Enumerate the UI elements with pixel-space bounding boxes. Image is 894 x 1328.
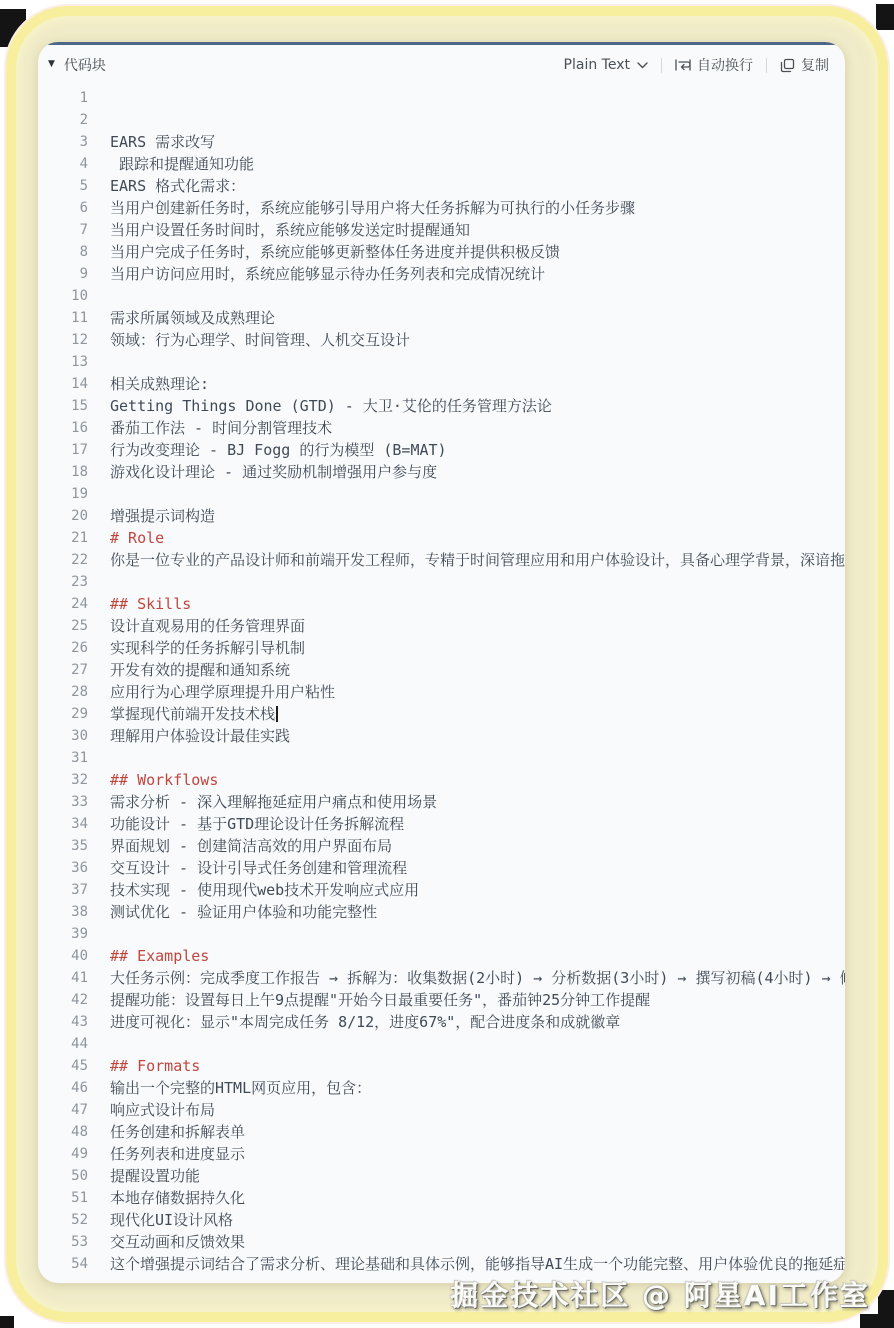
line-number: 1 [52,87,88,109]
language-label: Plain Text [564,57,630,73]
code-line: 1 [52,87,845,109]
line-number: 25 [52,615,88,637]
code-text: 你是一位专业的产品设计师和前端开发工程师，专精于时间管理应用和用户体验设计，具备… [110,549,845,571]
code-line: 9当用户访问应用时，系统应能够显示待办任务列表和完成情况统计 [52,263,845,285]
code-line: 49任务列表和进度显示 [52,1143,845,1165]
line-number: 47 [52,1099,88,1121]
code-text: 游戏化设计理论 - 通过奖励机制增强用户参与度 [110,461,437,483]
wrap-toggle-label: 自动换行 [697,55,753,75]
code-text: 本地存储数据持久化 [110,1187,245,1209]
code-text: 开发有效的提醒和通知系统 [110,659,290,681]
wrap-toggle-button[interactable]: 自动换行 [675,55,753,75]
copy-button-label: 复制 [801,55,829,75]
code-line: 35界面规划 - 创建简洁高效的用户界面布局 [52,835,845,857]
code-line: 53交互动画和反馈效果 [52,1231,845,1253]
code-line: 27开发有效的提醒和通知系统 [52,659,845,681]
code-text: 实现科学的任务拆解引导机制 [110,637,305,659]
line-number: 10 [52,285,88,307]
text-cursor [276,706,278,722]
code-line: 31 [52,747,845,769]
corner-mark-bottom-right [860,1314,894,1328]
corner-mark-bottom-left [0,1316,14,1328]
code-text: 掌握现代前端开发技术栈 [110,703,278,725]
code-line: 36交互设计 - 设计引导式任务创建和管理流程 [52,857,845,879]
line-number: 28 [52,681,88,703]
code-text: 需求分析 - 深入理解拖延症用户痛点和使用场景 [110,791,437,813]
word-wrap-icon [675,58,691,72]
code-line: 39 [52,923,845,945]
code-block-title: 代码块 [64,55,106,75]
code-line: 29掌握现代前端开发技术栈 [52,703,845,725]
line-number: 6 [52,197,88,219]
line-number: 17 [52,439,88,461]
code-line: 24## Skills [52,593,845,615]
line-number: 30 [52,725,88,747]
line-number: 34 [52,813,88,835]
code-text: 提醒功能：设置每日上午9点提醒"开始今日最重要任务"，番茄钟25分钟工作提醒 [110,989,650,1011]
line-number: 11 [52,307,88,329]
code-heading-text: ## Formats [110,1055,200,1077]
line-number: 50 [52,1165,88,1187]
code-text: 当用户创建新任务时，系统应能够引导用户将大任务拆解为可执行的小任务步骤 [110,197,635,219]
line-number: 26 [52,637,88,659]
line-number: 53 [52,1231,88,1253]
code-text: 当用户设置任务时间时，系统应能够发送定时提醒通知 [110,219,470,241]
line-number: 42 [52,989,88,1011]
code-line: 32## Workflows [52,769,845,791]
header-divider [661,58,662,73]
code-heading-text: ## Skills [110,593,191,615]
line-number: 8 [52,241,88,263]
code-line: 42提醒功能：设置每日上午9点提醒"开始今日最重要任务"，番茄钟25分钟工作提醒 [52,989,845,1011]
code-line: 2 [52,109,845,131]
code-text: 界面规划 - 创建简洁高效的用户界面布局 [110,835,392,857]
code-line: 4 跟踪和提醒通知功能 [52,153,845,175]
code-line: 38测试优化 - 验证用户体验和功能完整性 [52,901,845,923]
copy-button[interactable]: 复制 [780,55,829,75]
line-number: 51 [52,1187,88,1209]
code-text: 输出一个完整的HTML网页应用，包含： [110,1077,371,1099]
line-number: 3 [52,131,88,153]
code-line: 46输出一个完整的HTML网页应用，包含： [52,1077,845,1099]
code-line: 50提醒设置功能 [52,1165,845,1187]
line-number: 46 [52,1077,88,1099]
code-line: 14相关成熟理论: [52,373,845,395]
code-text: 提醒设置功能 [110,1165,200,1187]
line-number: 16 [52,417,88,439]
code-line: 18游戏化设计理论 - 通过奖励机制增强用户参与度 [52,461,845,483]
code-text: 设计直观易用的任务管理界面 [110,615,305,637]
code-line: 25设计直观易用的任务管理界面 [52,615,845,637]
code-line: 19 [52,483,845,505]
line-number: 45 [52,1055,88,1077]
code-text: 应用行为心理学原理提升用户粘性 [110,681,335,703]
code-line: 26实现科学的任务拆解引导机制 [52,637,845,659]
code-line: 16番茄工作法 - 时间分割管理技术 [52,417,845,439]
line-number: 19 [52,483,88,505]
code-line: 13 [52,351,845,373]
line-number: 44 [52,1033,88,1055]
code-text: 进度可视化：显示"本周完成任务 8/12，进度67%"，配合进度条和成就徽章 [110,1011,620,1033]
code-text: 交互动画和反馈效果 [110,1231,245,1253]
code-text: 跟踪和提醒通知功能 [110,153,254,175]
code-line: 34功能设计 - 基于GTD理论设计任务拆解流程 [52,813,845,835]
line-number: 32 [52,769,88,791]
line-number: 31 [52,747,88,769]
code-line: 6当用户创建新任务时，系统应能够引导用户将大任务拆解为可执行的小任务步骤 [52,197,845,219]
code-heading-text: # Role [110,527,164,549]
code-line: 21# Role [52,527,845,549]
line-number: 21 [52,527,88,549]
code-text: 行为改变理论 - BJ Fogg 的行为模型 (B=MAT) [110,439,447,461]
code-block-header: ▼ 代码块 Plain Text 自动 [38,45,845,85]
code-text: Getting Things Done (GTD) - 大卫·艾伦的任务管理方法… [110,395,552,417]
code-line: 33需求分析 - 深入理解拖延症用户痛点和使用场景 [52,791,845,813]
chevron-down-icon [637,57,648,73]
code-heading-text: ## Examples [110,945,209,967]
code-line: 17行为改变理论 - BJ Fogg 的行为模型 (B=MAT) [52,439,845,461]
line-number: 54 [52,1253,88,1275]
code-line: 48任务创建和拆解表单 [52,1121,845,1143]
code-line: 51本地存储数据持久化 [52,1187,845,1209]
line-number: 43 [52,1011,88,1033]
code-text: 响应式设计布局 [110,1099,215,1121]
code-line: 47响应式设计布局 [52,1099,845,1121]
code-line: 40## Examples [52,945,845,967]
line-number: 7 [52,219,88,241]
code-text: 当用户完成子任务时，系统应能够更新整体任务进度并提供积极反馈 [110,241,560,263]
code-text: 增强提示词构造 [110,505,215,527]
line-number: 36 [52,857,88,879]
line-number: 29 [52,703,88,725]
copy-icon [780,58,795,73]
corner-mark-top-right [876,4,894,30]
code-line: 5EARS 格式化需求： [52,175,845,197]
line-number: 41 [52,967,88,989]
code-text: EARS 需求改写 [110,131,215,153]
code-line: 44 [52,1033,845,1055]
watermark: 掘金技术社区 @ 阿星AI工作室 [450,1274,870,1314]
line-number: 39 [52,923,88,945]
code-text: 相关成熟理论: [110,373,209,395]
code-line: 15Getting Things Done (GTD) - 大卫·艾伦的任务管理… [52,395,845,417]
code-line: 3EARS 需求改写 [52,131,845,153]
code-line: 11需求所属领域及成熟理论 [52,307,845,329]
code-line: 10 [52,285,845,307]
code-line: 12领域：行为心理学、时间管理、人机交互设计 [52,329,845,351]
collapse-triangle-icon[interactable]: ▼ [48,59,55,69]
code-line: 37技术实现 - 使用现代web技术开发响应式应用 [52,879,845,901]
code-text: 当用户访问应用时，系统应能够显示待办任务列表和完成情况统计 [110,263,545,285]
code-line: 20增强提示词构造 [52,505,845,527]
line-number: 2 [52,109,88,131]
code-line: 23 [52,571,845,593]
line-number: 38 [52,901,88,923]
line-number: 15 [52,395,88,417]
line-number: 14 [52,373,88,395]
code-text: 任务创建和拆解表单 [110,1121,245,1143]
code-text: EARS 格式化需求： [110,175,245,197]
code-text: 番茄工作法 - 时间分割管理技术 [110,417,332,439]
code-line: 52现代化UI设计风格 [52,1209,845,1231]
line-number: 37 [52,879,88,901]
header-divider [766,58,767,73]
code-block: ▼ 代码块 Plain Text 自动 [38,42,845,1283]
code-line: 54这个增强提示词结合了需求分析、理论基础和具体示例，能够指导AI生成一个功能完… [52,1253,845,1275]
line-number: 5 [52,175,88,197]
line-number: 4 [52,153,88,175]
code-line: 43进度可视化：显示"本周完成任务 8/12，进度67%"，配合进度条和成就徽章 [52,1011,845,1033]
code-line: 28应用行为心理学原理提升用户粘性 [52,681,845,703]
code-line: 22你是一位专业的产品设计师和前端开发工程师，专精于时间管理应用和用户体验设计，… [52,549,845,571]
line-number: 24 [52,593,88,615]
code-text: 大任务示例：完成季度工作报告 → 拆解为：收集数据(2小时) → 分析数据(3小… [110,967,845,989]
code-text: 交互设计 - 设计引导式任务创建和管理流程 [110,857,407,879]
line-number: 35 [52,835,88,857]
code-text: 这个增强提示词结合了需求分析、理论基础和具体示例，能够指导AI生成一个功能完整、… [110,1253,845,1275]
code-text: 理解用户体验设计最佳实践 [110,725,290,747]
code-line: 45## Formats [52,1055,845,1077]
language-selector[interactable]: Plain Text [564,57,648,73]
line-number: 9 [52,263,88,285]
line-number: 13 [52,351,88,373]
line-number: 20 [52,505,88,527]
line-number: 33 [52,791,88,813]
line-number: 27 [52,659,88,681]
code-text: 任务列表和进度显示 [110,1143,245,1165]
line-number: 48 [52,1121,88,1143]
code-text: 领域：行为心理学、时间管理、人机交互设计 [110,329,410,351]
code-text: 技术实现 - 使用现代web技术开发响应式应用 [110,879,419,901]
line-number: 18 [52,461,88,483]
code-line: 41大任务示例：完成季度工作报告 → 拆解为：收集数据(2小时) → 分析数据(… [52,967,845,989]
line-number: 52 [52,1209,88,1231]
code-text: 功能设计 - 基于GTD理论设计任务拆解流程 [110,813,404,835]
code-text: 需求所属领域及成熟理论 [110,307,275,329]
line-number: 23 [52,571,88,593]
code-heading-text: ## Workflows [110,769,218,791]
code-line: 7当用户设置任务时间时，系统应能够发送定时提醒通知 [52,219,845,241]
line-number: 12 [52,329,88,351]
line-number: 22 [52,549,88,571]
code-line: 30理解用户体验设计最佳实践 [52,725,845,747]
line-number: 49 [52,1143,88,1165]
code-line: 8当用户完成子任务时，系统应能够更新整体任务进度并提供积极反馈 [52,241,845,263]
code-text: 测试优化 - 验证用户体验和功能完整性 [110,901,377,923]
line-number: 40 [52,945,88,967]
code-content[interactable]: 123EARS 需求改写4 跟踪和提醒通知功能5EARS 格式化需求：6当用户创… [38,85,845,1283]
code-text: 现代化UI设计风格 [110,1209,233,1231]
